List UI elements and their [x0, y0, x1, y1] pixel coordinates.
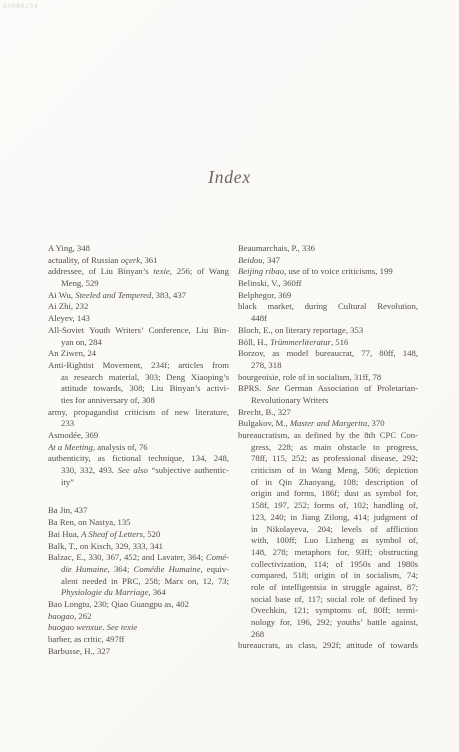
index-line: 148, 278; metaphors for, 93ff; obstructi… [238, 547, 418, 559]
index-entry: baogao, 262 [48, 611, 229, 623]
index-line: ity” [48, 477, 229, 489]
index-column-right: Beaumarchais, P., 336Beidou, 347Beijing … [238, 243, 418, 652]
index-line: Beidou, 347 [238, 255, 418, 267]
index-line: Brecht, B., 327 [238, 407, 418, 419]
index-line: 448f [238, 313, 418, 325]
index-line: Belinski, V., 360ff [238, 278, 418, 290]
index-line: in Nikolayeva, 204; levels of affliction [238, 524, 418, 536]
index-line: Physiologie du Marriage, 364 [48, 587, 229, 599]
index-line: criticism of in Wang Meng, 506; depictio… [238, 465, 418, 477]
index-line: as research material, 303; Deng Xiaoping… [48, 372, 229, 384]
index-entry: Bao Longtu, 230; Qiao Guangpu as, 402 [48, 599, 229, 611]
scan-id-watermark: 00086254 [3, 3, 38, 10]
index-line: 330, 332, 493. See also “subjective auth… [48, 465, 229, 477]
index-line: Beijing ribao, use of to voice criticism… [238, 266, 418, 278]
index-line: baogao wenxue. See texie [48, 622, 229, 634]
index-line: Anti-Rightist Movement, 234f; articles f… [48, 360, 229, 372]
index-entry: addressee, of Liu Binyan’s texie, 256; o… [48, 266, 229, 289]
index-line: authenticity, as fictional technique, 13… [48, 453, 229, 465]
index-line: with, 100ff; Luo Lizheng as symbol of, [238, 535, 418, 547]
page-title: Index [0, 167, 459, 188]
index-entry: Ba Ren, on Nastya, 135 [48, 517, 229, 529]
index-entry: Barbusse, H., 327 [48, 646, 229, 658]
index-entry: Belphegor, 369 [238, 290, 418, 302]
index-line: A Ying, 348 [48, 243, 229, 255]
index-entry: BPRS. See German Association of Proletar… [238, 383, 418, 406]
index-entry: Bai Hua, A Sheaf of Letters, 520 [48, 529, 229, 541]
index-entry: baogao wenxue. See texie [48, 622, 229, 634]
index-entry: At a Meeting, analysis of, 76 [48, 442, 229, 454]
index-line: 123, 240; in Jiang Zilong, 414; judgment… [238, 512, 418, 524]
index-line: alent needed in PRC, 258; Marx on, 12, 7… [48, 576, 229, 588]
index-line: An Ziwen, 24 [48, 348, 229, 360]
index-line: Beaumarchais, P., 336 [238, 243, 418, 255]
index-line: 278, 318 [238, 360, 418, 372]
index-entry: Brecht, B., 327 [238, 407, 418, 419]
index-entry: Aleyev, 143 [48, 313, 229, 325]
index-line: die Humaine, 364; Comédie Humaine, equiv… [48, 564, 229, 576]
index-entry: black market, during Cultural Revolution… [238, 301, 418, 324]
index-entry: Belinski, V., 360ff [238, 278, 418, 290]
index-line: Ovechkin, 121; symptoms of, 80ff; termi- [238, 605, 418, 617]
index-line: Barbusse, H., 327 [48, 646, 229, 658]
index-line: Balzac, E., 330, 367, 452; and Lavater, … [48, 552, 229, 564]
index-line: collectivization, 114; of 1950s and 1980… [238, 559, 418, 571]
index-entry: Beidou, 347 [238, 255, 418, 267]
index-entry: bureaucrats, as class, 292f; attitude of… [238, 640, 418, 652]
index-entry: A Ying, 348 [48, 243, 229, 255]
index-line: ties for anniversary of, 308 [48, 395, 229, 407]
index-line: gress, 228; as main obstacle to progress… [238, 442, 418, 454]
index-line: Belphegor, 369 [238, 290, 418, 302]
index-page: 00086254 Index A Ying, 348actuality, of … [0, 0, 459, 752]
index-entry: army, propagandist criticism of new lite… [48, 407, 229, 430]
index-line: 158f, 197, 252; forms of, 102; handling … [238, 500, 418, 512]
index-line: 268 [238, 629, 418, 641]
index-line: At a Meeting, analysis of, 76 [48, 442, 229, 454]
index-entry: Ai Wu, Steeled and Tempered, 383, 437 [48, 290, 229, 302]
index-line: Böll, H., Trümmerliteratur, 516 [238, 337, 418, 349]
index-line: origin and forms, 186f; dust as symbol f… [238, 488, 418, 500]
index-line: 233 [48, 418, 229, 430]
index-entry: actuality, of Russian oçerk, 361 [48, 255, 229, 267]
index-entry: Beaumarchais, P., 336 [238, 243, 418, 255]
index-line: 78ff, 115, 252; as professional disease,… [238, 453, 418, 465]
index-line: Ai Zhi, 232 [48, 301, 229, 313]
index-line: army, propagandist criticism of new lite… [48, 407, 229, 419]
index-line: Ai Wu, Steeled and Tempered, 383, 437 [48, 290, 229, 302]
index-line: actuality, of Russian oçerk, 361 [48, 255, 229, 267]
index-line: Meng, 529 [48, 278, 229, 290]
index-line: Bloch, E., on literary reportage, 353 [238, 325, 418, 337]
index-line: social base of, 117; social role of defi… [238, 594, 418, 606]
index-line: attitude towards, 308; Liu Binyan’s acti… [48, 383, 229, 395]
index-line: Bao Longtu, 230; Qiao Guangpu as, 402 [48, 599, 229, 611]
index-line: role of intelligentsia in struggle again… [238, 582, 418, 594]
index-line: nology for, 196, 292; youths’ battle aga… [238, 617, 418, 629]
index-entry: Balk, T., on Kisch, 329, 333, 341 [48, 541, 229, 553]
index-line: BPRS. See German Association of Proletar… [238, 383, 418, 395]
index-line: bureaucratism, as defined by the 8th CPC… [238, 430, 418, 442]
index-entry: barber, as critic, 497ff [48, 634, 229, 646]
index-entry: bourgeoisie, role of in socialism, 31ff,… [238, 372, 418, 384]
index-line: bureaucrats, as class, 292f; attitude of… [238, 640, 418, 652]
index-entry: Balzac, E., 330, 367, 452; and Lavater, … [48, 552, 229, 599]
index-line: Balk, T., on Kisch, 329, 333, 341 [48, 541, 229, 553]
index-line: black market, during Cultural Revolution… [238, 301, 418, 313]
index-line: bourgeoisie, role of in socialism, 31ff,… [238, 372, 418, 384]
index-entry: Bloch, E., on literary reportage, 353 [238, 325, 418, 337]
index-line: Bai Hua, A Sheaf of Letters, 520 [48, 529, 229, 541]
index-entry: Anti-Rightist Movement, 234f; articles f… [48, 360, 229, 407]
index-entry: Böll, H., Trümmerliteratur, 516 [238, 337, 418, 349]
index-entry: All-Soviet Youth Writers’ Conference, Li… [48, 325, 229, 348]
index-line: baogao, 262 [48, 611, 229, 623]
index-entry: An Ziwen, 24 [48, 348, 229, 360]
index-line: yan on, 284 [48, 337, 229, 349]
index-line: Revolutionary Writers [238, 395, 418, 407]
index-line: compared, 518; origin of in socialism, 7… [238, 570, 418, 582]
index-entry: Ai Zhi, 232 [48, 301, 229, 313]
index-line: All-Soviet Youth Writers’ Conference, Li… [48, 325, 229, 337]
index-entry: Borzov, as model bureaucrat, 77, 80ff, 1… [238, 348, 418, 371]
index-line: barber, as critic, 497ff [48, 634, 229, 646]
index-line: Aleyev, 143 [48, 313, 229, 325]
index-entry: Bulgakov, M., Master and Margerita, 370 [238, 418, 418, 430]
index-entry: Ba Jin, 437 [48, 505, 229, 517]
index-line: addressee, of Liu Binyan’s texie, 256; o… [48, 266, 229, 278]
index-line: Ba Ren, on Nastya, 135 [48, 517, 229, 529]
index-entry: authenticity, as fictional technique, 13… [48, 453, 229, 488]
index-line: Ba Jin, 437 [48, 505, 229, 517]
index-line: Borzov, as model bureaucrat, 77, 80ff, 1… [238, 348, 418, 360]
index-entry: bureaucratism, as defined by the 8th CPC… [238, 430, 418, 640]
index-entry: Asmodée, 369 [48, 430, 229, 442]
index-line: of in Qin Zhaoyang, 108; description of [238, 477, 418, 489]
index-entry: Beijing ribao, use of to voice criticism… [238, 266, 418, 278]
index-column-left: A Ying, 348actuality, of Russian oçerk, … [48, 243, 229, 657]
index-line: Bulgakov, M., Master and Margerita, 370 [238, 418, 418, 430]
index-line: Asmodée, 369 [48, 430, 229, 442]
